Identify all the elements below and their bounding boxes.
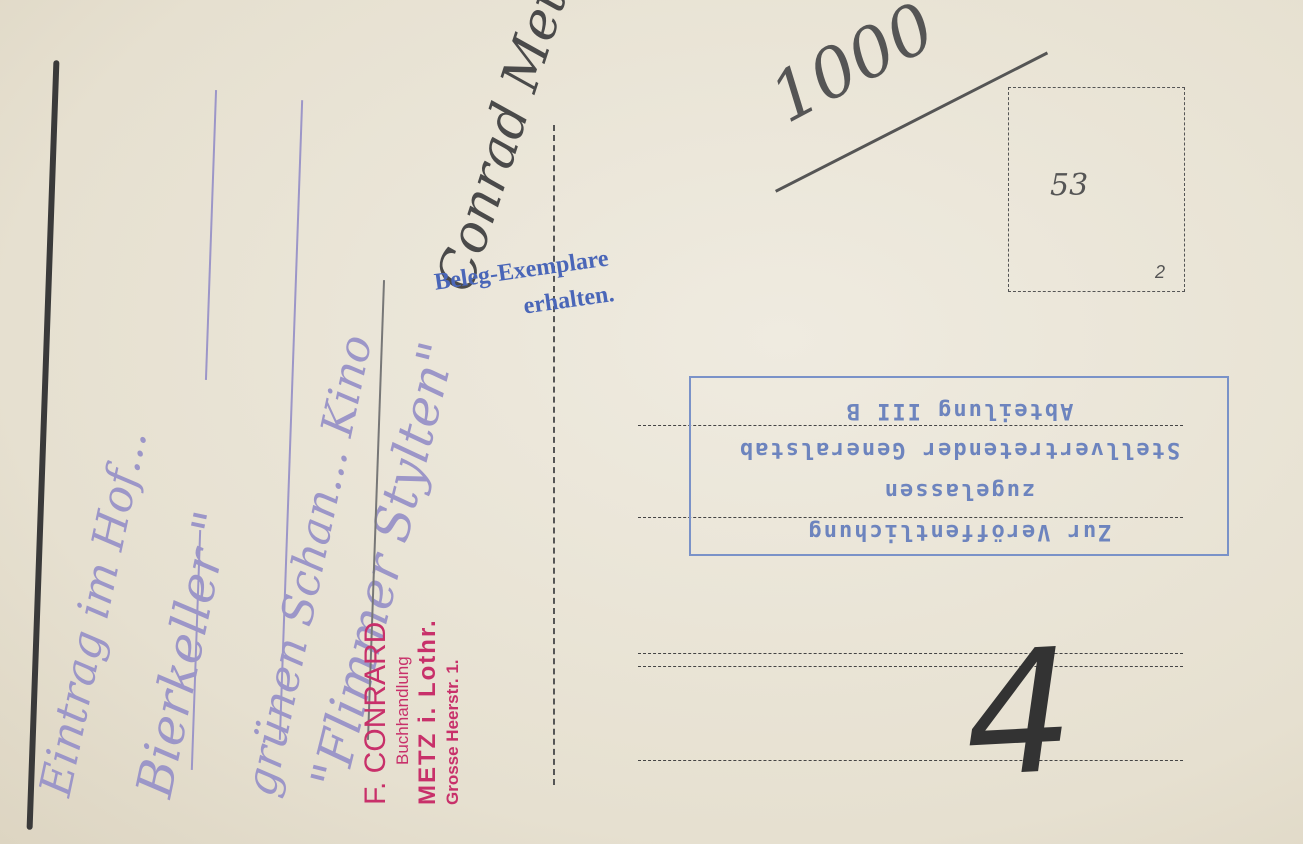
censor-stamp: Zur Veröffentlichung zugelassen Stellver… (689, 376, 1229, 556)
publisher-city: METZ i. Lothr. (414, 618, 442, 805)
address-line-4 (638, 666, 1183, 667)
publisher-street: Grosse Heerstr. 1. (442, 618, 464, 805)
stamp-box-subnumber: 2 (1155, 262, 1165, 283)
censor-stamp-line1: Zur Veröffentlichung (691, 519, 1227, 544)
censor-stamp-line4: Abteilung III B (691, 398, 1227, 423)
center-divider (553, 125, 555, 785)
address-line-5 (638, 760, 1183, 761)
address-line-3 (638, 653, 1183, 654)
censor-stamp-line2: zugelassen (691, 478, 1227, 503)
publisher-stamp: F. CONRARD Buchhandlung METZ i. Lothr. G… (360, 618, 464, 805)
pencil-mark-bottom-right: 4 (960, 612, 1078, 815)
publisher-name: F. CONRARD (360, 618, 392, 805)
stamp-box-number: 53 (1050, 168, 1088, 203)
handwriting-line-2: Bierkeller " (125, 506, 242, 802)
postcard-back: Eintrag im Hof... Bierkeller " grünen Sc… (0, 0, 1303, 844)
publisher-type: Buchhandlung (392, 618, 414, 805)
strike-line-1 (205, 90, 217, 380)
censor-stamp-line3: Stellvertretender Generalstab (691, 437, 1227, 462)
